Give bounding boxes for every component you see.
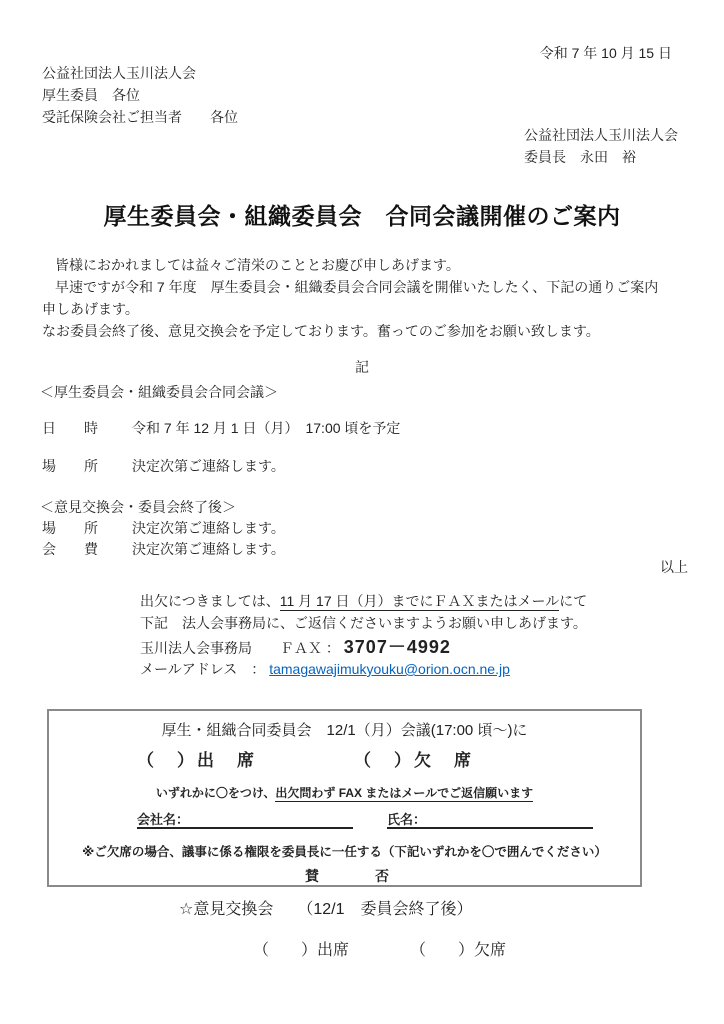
fax-number: 3707－4992 bbox=[344, 637, 451, 657]
section2-heading: ＜意見交換会・委員会終了後＞ bbox=[40, 498, 236, 518]
reply-email-line: メールアドレス ： tamagawajimukyouku@orion.ocn.n… bbox=[140, 660, 510, 680]
ijou-closing: 以上 bbox=[660, 558, 688, 578]
reply-deadline-underlined: 11 月 17 日（月）までにＦＡＸまたはメール bbox=[280, 593, 560, 611]
section1-row-value: 令和 7 年 12 月 1 日（月） 17:00 頃を予定 bbox=[132, 419, 400, 439]
recipient-line-3: 受託保険会社ご担当者 各位 bbox=[42, 108, 238, 128]
reply-line-1-pre: 出欠につきましては、 bbox=[140, 593, 280, 609]
absent-option[interactable]: （ ）欠 席 bbox=[354, 749, 474, 773]
person-name-field[interactable]: 氏名： bbox=[387, 809, 593, 829]
company-name-field[interactable]: 会社名： bbox=[137, 809, 353, 829]
section1-heading: ＜厚生委員会・組織委員会合同会議＞ bbox=[40, 383, 278, 403]
form-instruction-pre: いずれかに〇をつけ、 bbox=[156, 786, 276, 800]
sender-org: 公益社団法人玉川法人会 bbox=[524, 126, 678, 146]
recipient-line-2: 厚生委員 各位 bbox=[42, 86, 140, 106]
body-line-3: 申しあげます。 bbox=[42, 300, 139, 320]
document-date: 令和 7 年 10 月 15 日 bbox=[540, 44, 672, 64]
exchange-meeting-title: ☆意見交換会 （12/1 委員会終了後） bbox=[179, 899, 473, 921]
form-box-title: 厚生・組織合同委員会 12/1（月）会議(17:00 頃～)に bbox=[49, 720, 640, 741]
exchange-absent-option[interactable]: （ ）欠席 bbox=[410, 940, 506, 962]
sender-name: 委員長 永田 裕 bbox=[524, 148, 636, 168]
proxy-note: ※ご欠席の場合、議事に係る権限を委員長に一任する（下記いずれかを〇で囲んでくださ… bbox=[49, 844, 640, 862]
form-instruction: いずれかに〇をつけ、出欠問わず FAX またはメールでご返信願います bbox=[49, 785, 640, 802]
fax-label: 玉川法人会事務局 ＦＡＸ ： bbox=[140, 640, 344, 656]
section2-row-label: 会 費 bbox=[42, 540, 98, 560]
email-link[interactable]: tamagawajimukyouku@orion.ocn.ne.jp bbox=[269, 661, 510, 677]
section1-row-label: 場 所 bbox=[42, 457, 98, 477]
reply-form-box: 厚生・組織合同委員会 12/1（月）会議(17:00 頃～)に （ ）出 席 （… bbox=[47, 709, 642, 887]
ki-marker: 記 bbox=[0, 358, 724, 378]
body-line-1: 皆様におかれましては益々ご清栄のこととお慶び申しあげます。 bbox=[55, 256, 460, 276]
section1-row-value: 決定次第ご連絡します。 bbox=[132, 457, 285, 477]
form-instruction-underlined: 出欠問わず FAX またはメールでご返信願います bbox=[275, 786, 533, 802]
section2-row-label: 場 所 bbox=[42, 519, 98, 539]
document-page: 令和 7 年 10 月 15 日 公益社団法人玉川法人会 厚生委員 各位 受託保… bbox=[0, 0, 724, 1024]
exchange-attend-option[interactable]: （ ）出席 bbox=[253, 940, 349, 962]
body-line-2: 早速ですが令和 7 年度 厚生委員会・組織委員会合同会議を開催いたしたく、下記の… bbox=[55, 278, 658, 298]
recipient-line-1: 公益社団法人玉川法人会 bbox=[42, 64, 196, 84]
reply-fax-line: 玉川法人会事務局 ＦＡＸ ： 3707－4992 bbox=[140, 635, 451, 660]
reply-line-2: 下記 法人会事務局に、ご返信くださいますようお願い申しあげます。 bbox=[140, 614, 587, 634]
reply-line-1: 出欠につきましては、11 月 17 日（月）までにＦＡＸまたはメールにて bbox=[140, 592, 587, 612]
oppose-option[interactable]: 否 bbox=[375, 867, 389, 887]
approve-option[interactable]: 賛 bbox=[305, 867, 319, 887]
attend-option[interactable]: （ ）出 席 bbox=[137, 749, 257, 773]
section2-row-value: 決定次第ご連絡します。 bbox=[132, 540, 285, 560]
email-label: メールアドレス ： bbox=[140, 661, 269, 677]
document-title: 厚生委員会・組織委員会 合同会議開催のご案内 bbox=[0, 200, 724, 232]
reply-line-1-post: にて bbox=[559, 593, 587, 609]
section1-row-label: 日 時 bbox=[42, 419, 98, 439]
section2-row-value: 決定次第ご連絡します。 bbox=[132, 519, 285, 539]
body-line-4: なお委員会終了後、意見交換会を予定しております。奮ってのご参加をお願い致します。 bbox=[42, 322, 600, 342]
